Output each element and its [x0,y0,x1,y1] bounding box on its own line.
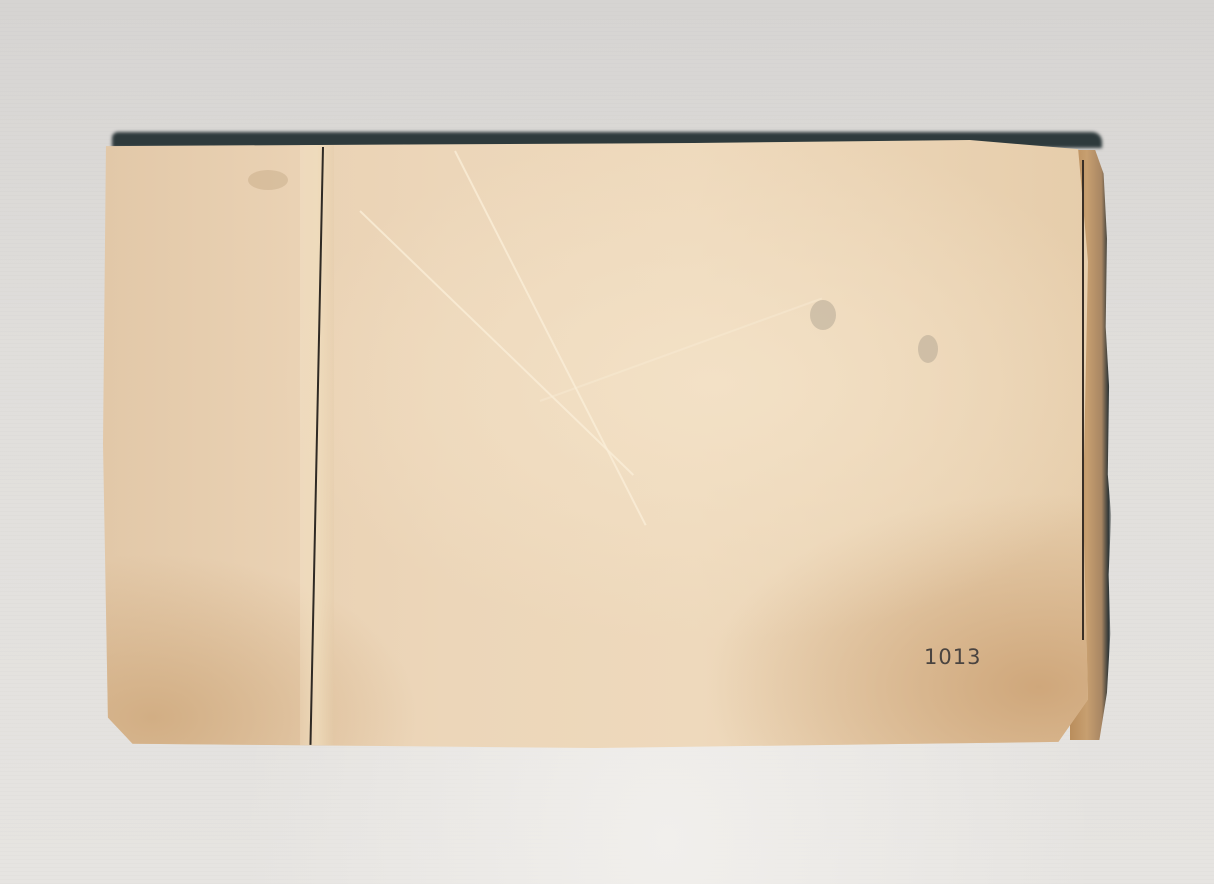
stain-spot [810,300,836,330]
right-fold-line [1082,160,1084,640]
stain-spot [248,170,288,190]
stain-spot [918,335,938,363]
handwritten-number: 1013 [924,645,981,669]
